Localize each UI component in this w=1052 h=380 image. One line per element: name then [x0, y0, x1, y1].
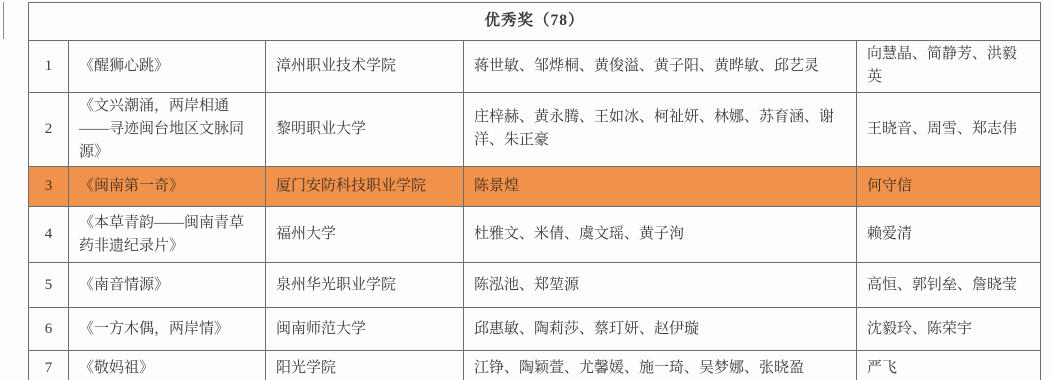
table-row: 5《南音情源》泉州华光职业学院陈泓池、郑堃源高恒、郭钊垒、詹晓莹 [29, 263, 1041, 308]
table-row-highlighted: 3《闽南第一奇》厦门安防科技职业学院陈景煌何守信 [29, 167, 1041, 207]
cell-members: 邱惠敏、陶莉莎、蔡玎妍、赵伊璇 [464, 308, 857, 351]
cell-advisors: 向慧晶、简静芳、洪毅英 [857, 41, 1041, 93]
cell-institution: 厦门安防科技职业学院 [266, 167, 464, 207]
cell-index: 3 [29, 167, 69, 207]
table-row: 2《文兴潮涌，两岸相通——寻迹闽台地区文脉同源》黎明职业大学庄梓赫、黄永腾、王如… [29, 92, 1041, 167]
cell-institution: 福州大学 [266, 207, 464, 263]
cell-members: 庄梓赫、黄永腾、王如冰、柯祉妍、林娜、苏育涵、谢洋、朱正豪 [464, 92, 857, 167]
cell-title: 《敬妈祖》 [69, 351, 266, 380]
cell-members: 陈景煌 [464, 167, 857, 207]
cell-institution: 泉州华光职业学院 [266, 263, 464, 308]
cell-advisors: 高恒、郭钊垒、詹晓莹 [857, 263, 1041, 308]
cell-advisors: 严飞 [857, 351, 1041, 380]
cell-index: 1 [29, 41, 69, 93]
cell-institution: 漳州职业技术学院 [266, 41, 464, 93]
table-row: 1《醒狮心跳》漳州职业技术学院蒋世敏、邹烨桐、黄俊溢、黄子阳、黄晔敏、邱艺灵向慧… [29, 41, 1041, 93]
cell-institution: 阳光学院 [266, 351, 464, 380]
cell-members: 陈泓池、郑堃源 [464, 263, 857, 308]
table-title: 优秀奖（78） [29, 3, 1041, 41]
cell-advisors: 何守信 [857, 167, 1041, 207]
cell-members: 杜雅文、米倩、虞文瑶、黄子洵 [464, 207, 857, 263]
cell-institution: 闽南师范大学 [266, 308, 464, 351]
cell-index: 7 [29, 351, 69, 380]
table-row: 6《一方木偶，两岸情》闽南师范大学邱惠敏、陶莉莎、蔡玎妍、赵伊璇沈毅玲、陈荣宇 [29, 308, 1041, 351]
cell-title: 《醒狮心跳》 [69, 41, 266, 93]
cell-title: 《南音情源》 [69, 263, 266, 308]
cell-index: 4 [29, 207, 69, 263]
cropped-table-edge-line [3, 2, 4, 39]
award-table: 优秀奖（78） 1《醒狮心跳》漳州职业技术学院蒋世敏、邹烨桐、黄俊溢、黄子阳、黄… [28, 2, 1041, 380]
cell-title: 《闽南第一奇》 [69, 167, 266, 207]
cell-index: 2 [29, 92, 69, 167]
table-row: 7《敬妈祖》阳光学院江铮、陶颖萱、尤馨媛、施一琦、吴梦娜、张晓盈严飞 [29, 351, 1041, 380]
cell-title: 《一方木偶，两岸情》 [69, 308, 266, 351]
cell-members: 江铮、陶颖萱、尤馨媛、施一琦、吴梦娜、张晓盈 [464, 351, 857, 380]
table-header-row: 优秀奖（78） [29, 3, 1041, 41]
cell-members: 蒋世敏、邹烨桐、黄俊溢、黄子阳、黄晔敏、邱艺灵 [464, 41, 857, 93]
cell-institution: 黎明职业大学 [266, 92, 464, 167]
cell-index: 5 [29, 263, 69, 308]
cell-title: 《文兴潮涌，两岸相通——寻迹闽台地区文脉同源》 [69, 92, 266, 167]
cell-advisors: 沈毅玲、陈荣宇 [857, 308, 1041, 351]
document-page: 优秀奖（78） 1《醒狮心跳》漳州职业技术学院蒋世敏、邹烨桐、黄俊溢、黄子阳、黄… [0, 0, 1052, 380]
table-row: 4《本草青韵——闽南青草药非遗纪录片》福州大学杜雅文、米倩、虞文瑶、黄子洵赖爱清 [29, 207, 1041, 263]
cell-advisors: 王晓音、周雪、郑志伟 [857, 92, 1041, 167]
cell-advisors: 赖爱清 [857, 207, 1041, 263]
cell-title: 《本草青韵——闽南青草药非遗纪录片》 [69, 207, 266, 263]
cell-index: 6 [29, 308, 69, 351]
